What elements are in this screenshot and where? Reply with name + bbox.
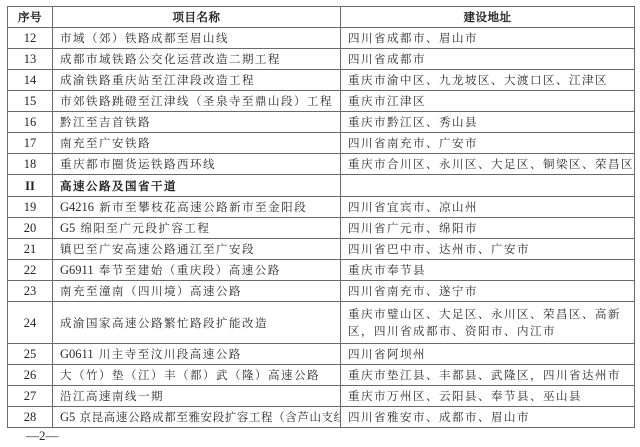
row-project-name: 成渝国家高速公路繁忙路段扩能改造: [53, 302, 341, 344]
road-code: G4216: [60, 200, 94, 214]
row-project-name: G5 绵阳至广元段扩容工程: [53, 218, 341, 239]
table-header-row: 序号 项目名称 建设地址: [8, 7, 635, 28]
row-project-name: 成渝铁路重庆站至江津段改造工程: [53, 70, 341, 91]
row-project-name: 成都市域铁路公交化运营改造二期工程: [53, 49, 341, 70]
table-row: 26 大（竹）垫（江）丰（都）武（隆）高速公路 重庆市垫江县、丰都县、武隆区，四…: [8, 365, 635, 386]
row-project-name: 市域（郊）铁路成都至眉山线: [53, 28, 341, 49]
row-location: 重庆市垫江县、丰都县、武隆区，四川省达州市: [341, 365, 635, 386]
row-location: 重庆市江津区: [341, 91, 635, 112]
row-project-name: 南充至广安铁路: [53, 133, 341, 154]
header-no: 序号: [8, 7, 53, 28]
road-code: G6911: [60, 263, 94, 277]
row-location: 四川省雅安市、成都市、眉山市: [341, 407, 635, 428]
table-row: 28 G5 京昆高速公路成都至雅安段扩容工程（含芦山支线） 四川省雅安市、成都市…: [8, 407, 635, 428]
row-no: 19: [8, 197, 53, 218]
row-location: 四川省南充市、广安市: [341, 133, 635, 154]
row-no: 22: [8, 260, 53, 281]
row-no: 23: [8, 281, 53, 302]
row-location: 重庆市合川区、永川区、大足区、铜梁区、荣昌区: [341, 154, 635, 175]
row-no: 14: [8, 70, 53, 91]
row-location: 四川省巴中市、达州市、广安市: [341, 239, 635, 260]
row-no: 21: [8, 239, 53, 260]
row-no: 16: [8, 112, 53, 133]
row-project-name: G6911 奉节至建始（重庆段）高速公路: [53, 260, 341, 281]
header-project-name: 项目名称: [53, 7, 341, 28]
row-no: 18: [8, 154, 53, 175]
table-row: 22 G6911 奉节至建始（重庆段）高速公路 重庆市奉节县: [8, 260, 635, 281]
road-name: 绵阳至广元段扩容工程: [80, 221, 210, 235]
row-project-name: 黔江至吉首铁路: [53, 112, 341, 133]
row-project-name: 大（竹）垫（江）丰（都）武（隆）高速公路: [53, 365, 341, 386]
row-no: 26: [8, 365, 53, 386]
table-row: 16 黔江至吉首铁路 重庆市黔江区、秀山县: [8, 112, 635, 133]
row-location: 四川省成都市、眉山市: [341, 28, 635, 49]
table-row: 18 重庆都市圈货运铁路西环线 重庆市合川区、永川区、大足区、铜梁区、荣昌区: [8, 154, 635, 175]
project-table: 序号 项目名称 建设地址 12 市域（郊）铁路成都至眉山线 四川省成都市、眉山市…: [7, 6, 635, 428]
row-project-name: 沿江高速南线一期: [53, 386, 341, 407]
table-row: 25 G0611 川主寺至汶川段高速公路 四川省阿坝州: [8, 344, 635, 365]
row-no: 27: [8, 386, 53, 407]
row-project-name: G5 京昆高速公路成都至雅安段扩容工程（含芦山支线）: [53, 407, 341, 428]
row-no: 13: [8, 49, 53, 70]
road-code: G5: [60, 221, 75, 235]
section-row: II 高速公路及国省干道: [8, 175, 635, 197]
table-row: 24 成渝国家高速公路繁忙路段扩能改造 重庆市璧山区、大足区、永川区、荣昌区、高…: [8, 302, 635, 344]
row-location: 四川省成都市: [341, 49, 635, 70]
row-no: 24: [8, 302, 53, 344]
table-row: 19 G4216 新市至攀枝花高速公路新市至金阳段 四川省宜宾市、凉山州: [8, 197, 635, 218]
table-row: 20 G5 绵阳至广元段扩容工程 四川省广元市、绵阳市: [8, 218, 635, 239]
row-location: 四川省阿坝州: [341, 344, 635, 365]
row-no: 15: [8, 91, 53, 112]
section-number: II: [8, 175, 53, 197]
row-project-name: 市郊铁路跳磴至江津线（圣泉寺至鼎山段）工程: [53, 91, 341, 112]
table-row: 17 南充至广安铁路 四川省南充市、广安市: [8, 133, 635, 154]
table-row: 21 镇巴至广安高速公路通江至广安段 四川省巴中市、达州市、广安市: [8, 239, 635, 260]
row-project-name: 重庆都市圈货运铁路西环线: [53, 154, 341, 175]
row-project-name: 南充至潼南（四川境）高速公路: [53, 281, 341, 302]
table-row: 13 成都市域铁路公交化运营改造二期工程 四川省成都市: [8, 49, 635, 70]
table-row: 23 南充至潼南（四川境）高速公路 四川省南充市、遂宁市: [8, 281, 635, 302]
road-code: G5: [60, 410, 75, 424]
road-name: 京昆高速公路成都至雅安段扩容工程（含芦山支线）: [80, 410, 341, 424]
page-number: —2—: [26, 428, 59, 444]
road-name: 奉节至建始（重庆段）高速公路: [99, 263, 281, 277]
row-no: 28: [8, 407, 53, 428]
table-row: 14 成渝铁路重庆站至江津段改造工程 重庆市渝中区、九龙坡区、大渡口区、江津区: [8, 70, 635, 91]
header-location: 建设地址: [341, 7, 635, 28]
row-location: 重庆市渝中区、九龙坡区、大渡口区、江津区: [341, 70, 635, 91]
row-location: 四川省宜宾市、凉山州: [341, 197, 635, 218]
row-no: 17: [8, 133, 53, 154]
row-location: 重庆市奉节县: [341, 260, 635, 281]
row-location: 重庆市璧山区、大足区、永川区、荣昌区、高新区，四川省成都市、资阳市、内江市: [341, 302, 635, 344]
row-no: 25: [8, 344, 53, 365]
section-empty-cell: [341, 175, 635, 197]
row-project-name: 镇巴至广安高速公路通江至广安段: [53, 239, 341, 260]
row-location: 重庆市黔江区、秀山县: [341, 112, 635, 133]
row-no: 20: [8, 218, 53, 239]
row-project-name: G4216 新市至攀枝花高速公路新市至金阳段: [53, 197, 341, 218]
table-row: 27 沿江高速南线一期 重庆市万州区、云阳县、奉节县、巫山县: [8, 386, 635, 407]
row-project-name: G0611 川主寺至汶川段高速公路: [53, 344, 341, 365]
row-no: 12: [8, 28, 53, 49]
table-row: 12 市域（郊）铁路成都至眉山线 四川省成都市、眉山市: [8, 28, 635, 49]
road-code: G0611: [60, 347, 94, 361]
row-location: 四川省广元市、绵阳市: [341, 218, 635, 239]
table-row: 15 市郊铁路跳磴至江津线（圣泉寺至鼎山段）工程 重庆市江津区: [8, 91, 635, 112]
road-name: 新市至攀枝花高速公路新市至金阳段: [99, 200, 307, 214]
row-location: 重庆市万州区、云阳县、奉节县、巫山县: [341, 386, 635, 407]
row-location: 四川省南充市、遂宁市: [341, 281, 635, 302]
section-title: 高速公路及国省干道: [53, 175, 341, 197]
road-name: 川主寺至汶川段高速公路: [99, 347, 242, 361]
